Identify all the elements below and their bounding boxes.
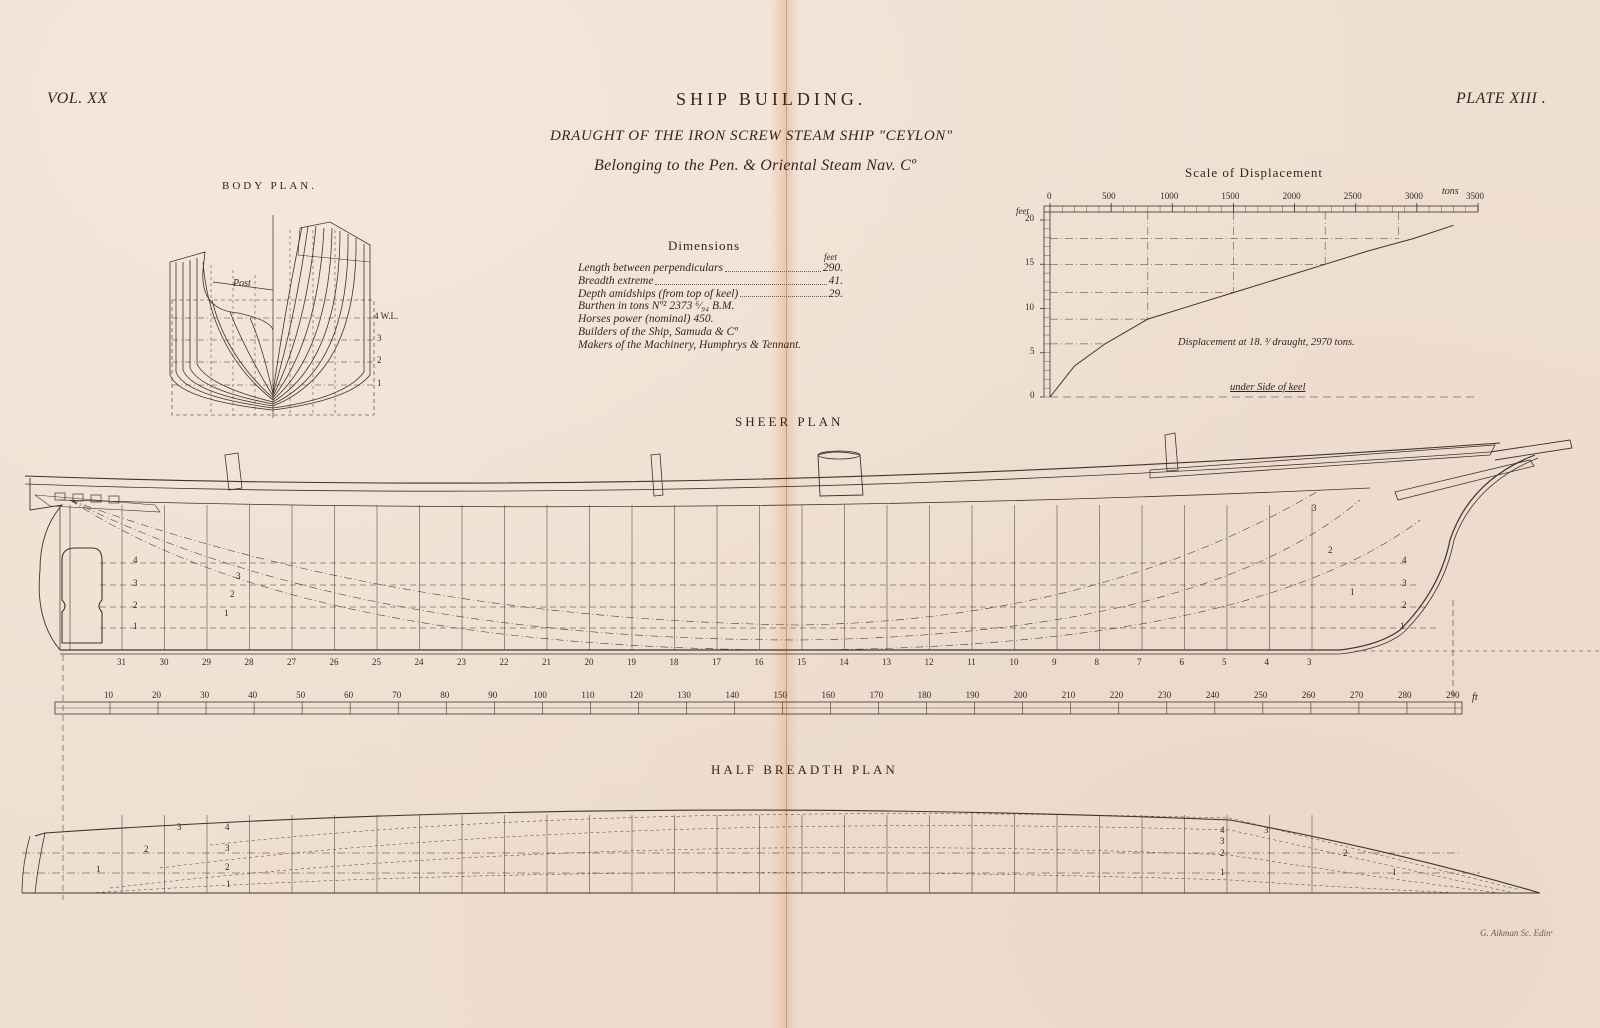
station-number: 19 [627,657,636,667]
sheer-diag-fwd-1: 1 [1350,587,1355,597]
scale-unit: ft [1472,692,1478,703]
station-number: 7 [1137,657,1142,667]
scale-tick-label: 270 [1350,690,1364,700]
hb-label-fwd: 2 [1343,848,1348,858]
hb-label-aft: 2 [144,844,149,854]
scale-tick-label: 60 [344,690,353,700]
station-number: 25 [372,657,381,667]
sheer-wl-aft-4: 4 [133,555,138,565]
station-number: 12 [925,657,934,667]
hb-label-aft: 1 [226,879,231,889]
sheer-wl-fwd-1: 1 [1400,621,1405,631]
hb-label-aft: 3 [225,843,230,853]
sheer-wl-fwd-4: 4 [1402,555,1407,565]
scale-tick-label: 260 [1302,690,1316,700]
station-number: 17 [712,657,721,667]
hb-label-aft: 2 [225,862,230,872]
station-number: 27 [287,657,296,667]
station-number: 21 [542,657,551,667]
station-number: 15 [797,657,806,667]
station-number: 9 [1052,657,1057,667]
hb-label-fwd: 3 [1220,836,1225,846]
sheer-diag-fwd-3: 3 [1312,503,1317,513]
scale-tick-label: 90 [488,690,497,700]
scale-tick-label: 190 [966,690,980,700]
scale-tick-label: 100 [533,690,547,700]
sheer-plan-drawing [25,433,1600,900]
scale-tick-label: 50 [296,690,305,700]
station-number: 6 [1180,657,1185,667]
sheer-wl-fwd-3: 3 [1402,578,1407,588]
station-number: 13 [882,657,891,667]
scale-tick-label: 180 [918,690,932,700]
scale-tick-label: 250 [1254,690,1268,700]
hb-label-fwd: 2 [1220,848,1225,858]
station-number: 10 [1010,657,1019,667]
scale-tick-label: 140 [725,690,739,700]
scale-tick-label: 80 [440,690,449,700]
station-number: 14 [840,657,849,667]
station-number: 24 [415,657,424,667]
station-number: 23 [457,657,466,667]
scale-tick-label: 130 [677,690,691,700]
sheer-diag-aft-3: 3 [236,571,241,581]
scale-tick-label: 150 [774,690,788,700]
station-number: 22 [500,657,509,667]
scale-tick-label: 210 [1062,690,1076,700]
length-scale-bar [55,702,1462,714]
sheer-diag-aft-2: 2 [230,589,235,599]
hb-label-aft: 1 [96,864,101,874]
station-number: 3 [1307,657,1312,667]
station-number: 26 [330,657,339,667]
station-number: 11 [967,657,976,667]
scale-tick-label: 70 [392,690,401,700]
station-number: 8 [1095,657,1100,667]
station-number: 20 [585,657,594,667]
body-plan-drawing [170,215,374,418]
station-number: 4 [1265,657,1270,667]
station-number: 31 [117,657,126,667]
station-number: 30 [160,657,169,667]
scale-tick-label: 170 [870,690,884,700]
hb-label-fwd: 3 [1264,825,1269,835]
sheer-wl-aft-3: 3 [133,578,138,588]
sheer-wl-aft-2: 2 [133,600,138,610]
hb-label-fwd: 1 [1392,867,1397,877]
displacement-chart [1040,203,1478,397]
scale-tick-label: 40 [248,690,257,700]
scale-tick-label: 290 [1446,690,1460,700]
station-number: 16 [755,657,764,667]
sheer-wl-aft-1: 1 [133,621,138,631]
sheer-wl-fwd-2: 2 [1402,600,1407,610]
scale-tick-label: 200 [1014,690,1028,700]
scale-tick-label: 240 [1206,690,1220,700]
scale-tick-label: 120 [629,690,643,700]
sheer-diag-fwd-2: 2 [1328,545,1333,555]
sheer-diag-aft-1: 1 [224,608,229,618]
station-number: 29 [202,657,211,667]
station-number: 28 [245,657,254,667]
ship-drawings [0,0,1600,1028]
hb-label-aft: 4 [225,822,230,832]
scale-tick-label: 20 [152,690,161,700]
scale-tick-label: 110 [581,690,594,700]
scale-tick-label: 280 [1398,690,1412,700]
scale-tick-label: 10 [104,690,113,700]
hb-label-aft: 3 [177,822,182,832]
hb-label-fwd: 1 [1220,867,1225,877]
scale-tick-label: 230 [1158,690,1172,700]
scale-tick-label: 160 [822,690,836,700]
half-breadth-drawing [22,810,1540,893]
scale-tick-label: 220 [1110,690,1124,700]
hb-label-fwd: 4 [1220,825,1225,835]
scale-tick-label: 30 [200,690,209,700]
station-number: 18 [670,657,679,667]
station-number: 5 [1222,657,1227,667]
